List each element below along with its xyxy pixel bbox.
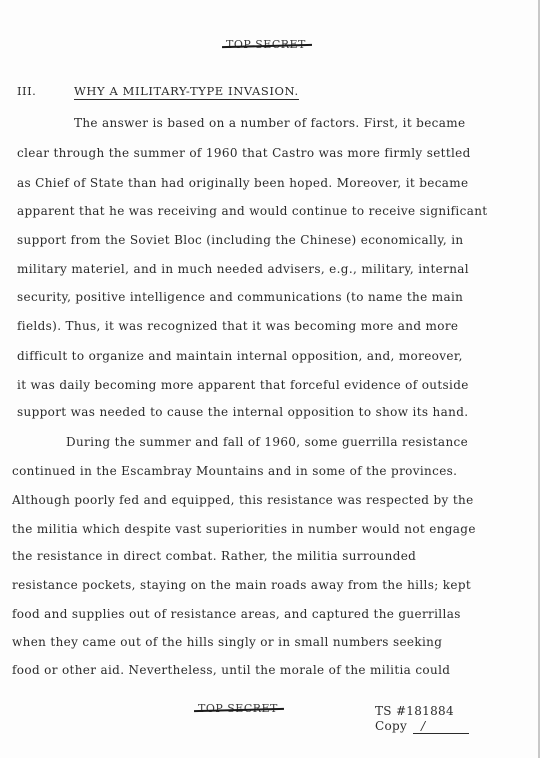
body-text-line: as Chief of State than had originally be…: [17, 176, 469, 190]
copy-number: Copy/: [375, 719, 469, 734]
body-text-line: support was needed to cause the internal…: [17, 405, 468, 419]
body-text-line: support from the Soviet Bloc (including …: [17, 233, 464, 247]
body-text-line: security, positive intelligence and comm…: [17, 290, 463, 304]
body-text-line: The answer is based on a number of facto…: [74, 116, 465, 130]
section-title: WHY A MILITARY-TYPE INVASION.: [74, 84, 299, 100]
body-text-line: During the summer and fall of 1960, some…: [66, 435, 468, 449]
footer-classification-marking: TOP SECRET: [198, 702, 278, 715]
body-text-line: food and supplies out of resistance area…: [12, 607, 461, 621]
body-text-line: apparent that he was receiving and would…: [17, 204, 487, 218]
copy-value: /: [413, 719, 469, 734]
document-page: TOP SECRET III. WHY A MILITARY-TYPE INVA…: [0, 0, 540, 758]
body-text-line: when they came out of the hills singly o…: [12, 635, 442, 649]
header-classification-marking: TOP SECRET: [226, 38, 306, 51]
body-text-line: the militia which despite vast superiori…: [12, 522, 476, 536]
copy-label: Copy: [375, 719, 407, 733]
control-number: TS #181884: [375, 704, 454, 719]
body-text-line: difficult to organize and maintain inter…: [17, 349, 463, 363]
body-text-line: military materiel, and in much needed ad…: [17, 262, 469, 276]
body-text-line: resistance pockets, staying on the main …: [12, 578, 471, 592]
body-text-line: continued in the Escambray Mountains and…: [12, 464, 457, 478]
body-text-line: Although poorly fed and equipped, this r…: [12, 493, 474, 507]
body-text-line: fields). Thus, it was recognized that it…: [17, 319, 458, 333]
section-number: III.: [17, 84, 36, 98]
body-text-line: clear through the summer of 1960 that Ca…: [17, 146, 471, 160]
body-text-line: it was daily becoming more apparent that…: [17, 378, 469, 392]
body-text-line: food or other aid. Nevertheless, until t…: [12, 663, 450, 677]
body-text-line: the resistance in direct combat. Rather,…: [12, 549, 416, 563]
